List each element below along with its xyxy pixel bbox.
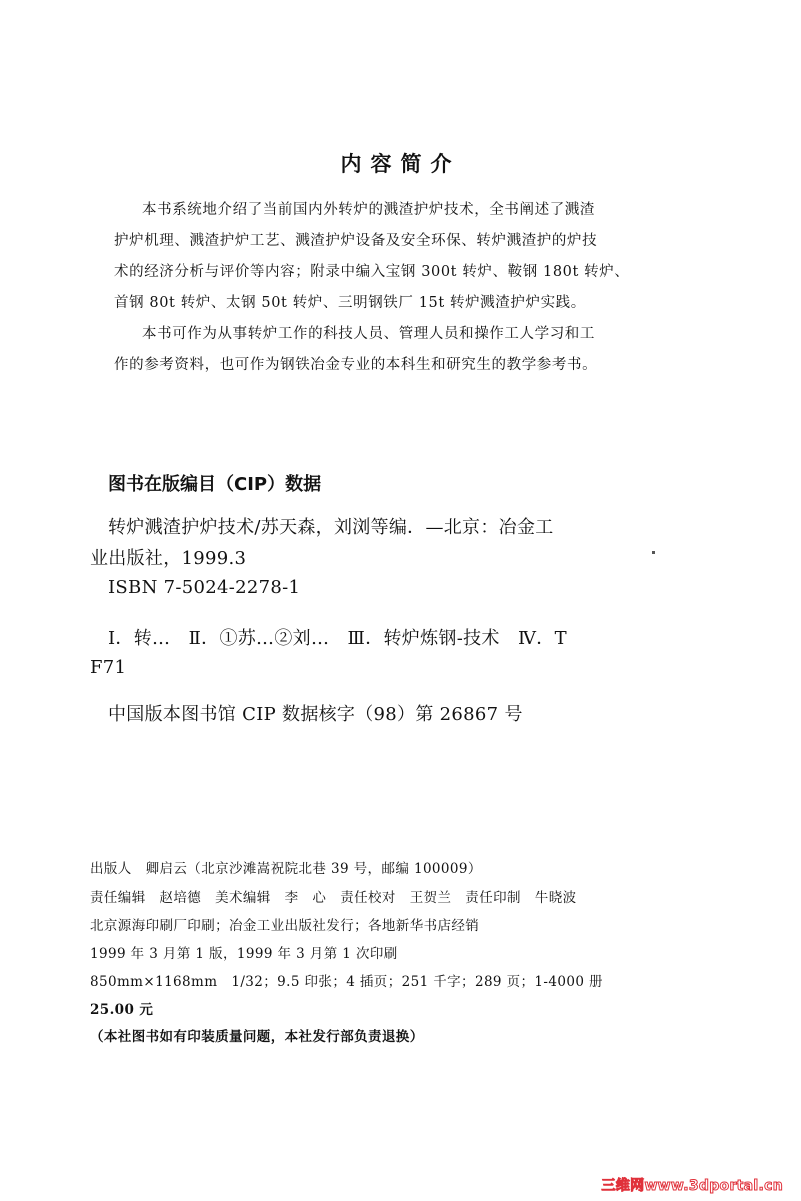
scan-speck: [652, 551, 655, 554]
imprint-price: 25.00 元: [90, 998, 153, 1018]
summary-paragraph-2-line-1: 本书可作为从事转炉工作的科技人员、管理人员和操作工人学习和工: [142, 322, 595, 343]
imprint-publisher: 出版人 卿启云（北京沙滩嵩祝院北巷 39 号，邮编 100009）: [90, 857, 482, 877]
summary-paragraph-2-line-2: 作的参考资料，也可作为钢铁冶金专业的本科生和研究生的教学参考书。: [114, 353, 597, 374]
watermark-logo: 三维网www.3dportal.cn: [602, 1175, 783, 1195]
imprint-editors: 责任编辑 赵培德 美术编辑 李 心 责任校对 王贺兰 责任印制 牛晓波: [90, 886, 577, 906]
summary-paragraph-1-line-4: 首钢 80t 转炉、太钢 50t 转炉、三明钢铁厂 15t 转炉溅渣护炉实践。: [114, 291, 586, 312]
imprint-specs: 850mm×1168mm 1/32；9.5 印张；4 插页；251 千字；289…: [90, 970, 603, 990]
imprint-edition: 1999 年 3 月第 1 版，1999 年 3 月第 1 次印刷: [90, 942, 398, 962]
cip-number: 中国版本图书馆 CIP 数据核字（98）第 26867 号: [108, 700, 523, 726]
summary-title: 内容简介: [0, 148, 801, 178]
cip-subject-line-2: F71: [90, 657, 126, 678]
imprint-printing: 北京源海印刷厂印刷；冶金工业出版社发行；各地新华书店经销: [90, 914, 479, 934]
cip-record-line-1: 转炉溅渣护炉技术/苏天森，刘浏等编．—北京：冶金工: [108, 513, 554, 539]
imprint-notice: （本社图书如有印装质量问题，本社发行部负责退换）: [90, 1025, 424, 1045]
cip-isbn: ISBN 7-5024-2278-1: [108, 577, 300, 598]
summary-paragraph-1-line-3: 术的经济分析与评价等内容；附录中编入宝钢 300t 转炉、鞍钢 180t 转炉、: [114, 260, 629, 281]
cip-subject-line-1: Ⅰ．转… Ⅱ．①苏…②刘… Ⅲ．转炉炼钢-技术 Ⅳ．T: [108, 624, 567, 650]
cip-heading: 图书在版编目（CIP）数据: [108, 470, 321, 496]
summary-paragraph-1-line-2: 护炉机理、溅渣护炉工艺、溅渣护炉设备及安全环保、转炉溅渣护的炉技: [114, 229, 597, 250]
cip-record-line-2: 业出版社，1999.3: [90, 544, 246, 570]
summary-paragraph-1-line-1: 本书系统地介绍了当前国内外转炉的溅渣护炉技术，全书阐述了溅渣: [142, 198, 595, 219]
